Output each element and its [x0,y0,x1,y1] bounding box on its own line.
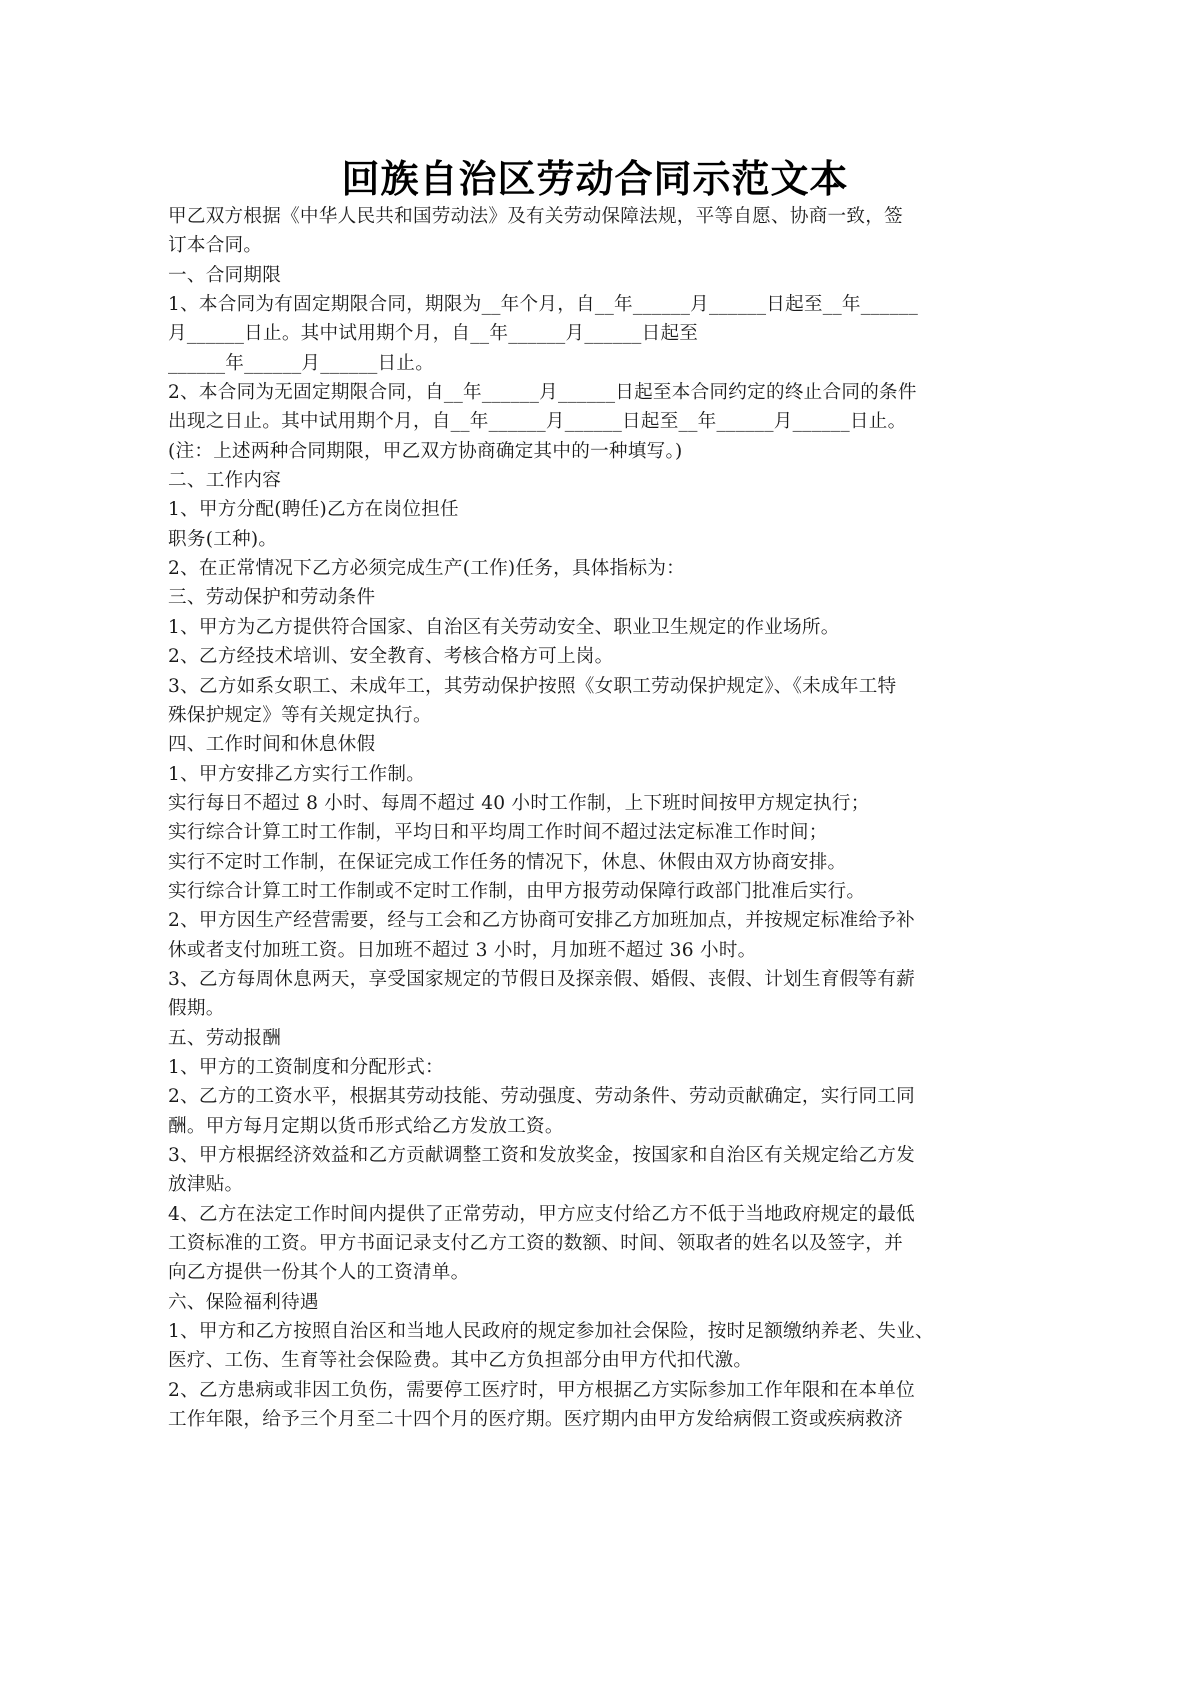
note-text: (注：上述两种合同期限，甲乙双方协商确定其中的一种填写。) [168,437,948,466]
section-heading-working-hours: 四、工作时间和休息休假 [168,730,948,759]
clause-text: 出现之日止。其中试用期个月，自__年______月______日起至__年___… [168,407,948,436]
clause-text: ______年______月______日止。 [168,349,948,378]
clause-text: 工资标准的工资。甲方书面记录支付乙方工资的数额、时间、领取者的姓名以及签字，并 [168,1229,948,1258]
clause-text: 3、甲方根据经济效益和乙方贡献调整工资和发放奖金，按国家和自治区有关规定给乙方发 [168,1141,948,1170]
clause-text: 2、乙方患病或非因工负伤，需要停工医疗时，甲方根据乙方实际参加工作年限和在本单位 [168,1376,948,1405]
clause-text: 2、甲方因生产经营需要，经与工会和乙方协商可安排乙方加班加点，并按规定标准给予补 [168,906,948,935]
clause-text: 2、本合同为无固定期限合同，自__年______月______日起至本合同约定的… [168,378,948,407]
clause-text: 1、甲方分配(聘任)乙方在岗位担任 [168,495,948,524]
section-heading-work-content: 二、工作内容 [168,466,948,495]
clause-text: 工作年限，给予三个月至二十四个月的医疗期。医疗期内由甲方发给病假工资或疾病救济 [168,1405,948,1434]
clause-text: 休或者支付加班工资。日加班不超过 3 小时，月加班不超过 36 小时。 [168,936,948,965]
clause-text: 4、乙方在法定工作时间内提供了正常劳动，甲方应支付给乙方不低于当地政府规定的最低 [168,1200,948,1229]
clause-text: 职务(工种)。 [168,525,948,554]
clause-text: 实行每日不超过 8 小时、每周不超过 40 小时工作制，上下班时间按甲方规定执行… [168,789,948,818]
clause-text: 2、乙方经技术培训、安全教育、考核合格方可上岗。 [168,642,948,671]
document-body: 甲乙双方根据《中华人民共和国劳动法》及有关劳动保障法规，平等自愿、协商一致，签 … [168,202,948,1434]
clause-text: 放津贴。 [168,1170,948,1199]
clause-text: 1、甲方安排乙方实行工作制。 [168,760,948,789]
clause-text: 月______日止。其中试用期个月，自__年______月______日起至 [168,319,948,348]
clause-text: 2、在正常情况下乙方必须完成生产(工作)任务，具体指标为： [168,554,948,583]
clause-text: 医疗、工伤、生育等社会保险费。其中乙方负担部分由甲方代扣代激。 [168,1346,948,1375]
clause-text: 酬。甲方每月定期以货币形式给乙方发放工资。 [168,1112,948,1141]
paragraph-intro-line-2: 订本合同。 [168,231,948,260]
clause-text: 1、本合同为有固定期限合同，期限为__年个月，自__年______月______… [168,290,948,319]
section-heading-contract-term: 一、合同期限 [168,261,948,290]
clause-text: 实行综合计算工时工作制或不定时工作制，由甲方报劳动保障行政部门批准后实行。 [168,877,948,906]
clause-text: 殊保护规定》等有关规定执行。 [168,701,948,730]
clause-text: 3、乙方每周休息两天，享受国家规定的节假日及探亲假、婚假、丧假、计划生育假等有薪 [168,965,948,994]
clause-text: 1、甲方为乙方提供符合国家、自治区有关劳动安全、职业卫生规定的作业场所。 [168,613,948,642]
section-heading-insurance-welfare: 六、保险福利待遇 [168,1288,948,1317]
clause-text: 1、甲方和乙方按照自治区和当地人民政府的规定参加社会保险，按时足额缴纳养老、失业… [168,1317,948,1346]
clause-text: 实行不定时工作制，在保证完成工作任务的情况下，休息、休假由双方协商安排。 [168,848,948,877]
clause-text: 1、甲方的工资制度和分配形式： [168,1053,948,1082]
document-title: 回族自治区劳动合同示范文本 [0,156,1190,202]
clause-text: 2、乙方的工资水平，根据其劳动技能、劳动强度、劳动条件、劳动贡献确定，实行同工同 [168,1082,948,1111]
clause-text: 3、乙方如系女职工、未成年工，其劳动保护按照《女职工劳动保护规定》、《未成年工特 [168,672,948,701]
clause-text: 向乙方提供一份其个人的工资清单。 [168,1258,948,1287]
paragraph-intro-line-1: 甲乙双方根据《中华人民共和国劳动法》及有关劳动保障法规，平等自愿、协商一致，签 [168,202,948,231]
section-heading-remuneration: 五、劳动报酬 [168,1024,948,1053]
document-page: 回族自治区劳动合同示范文本 甲乙双方根据《中华人民共和国劳动法》及有关劳动保障法… [0,0,1190,1683]
clause-text: 实行综合计算工时工作制，平均日和平均周工作时间不超过法定标准工作时间； [168,818,948,847]
section-heading-labor-protection: 三、劳动保护和劳动条件 [168,583,948,612]
clause-text: 假期。 [168,994,948,1023]
